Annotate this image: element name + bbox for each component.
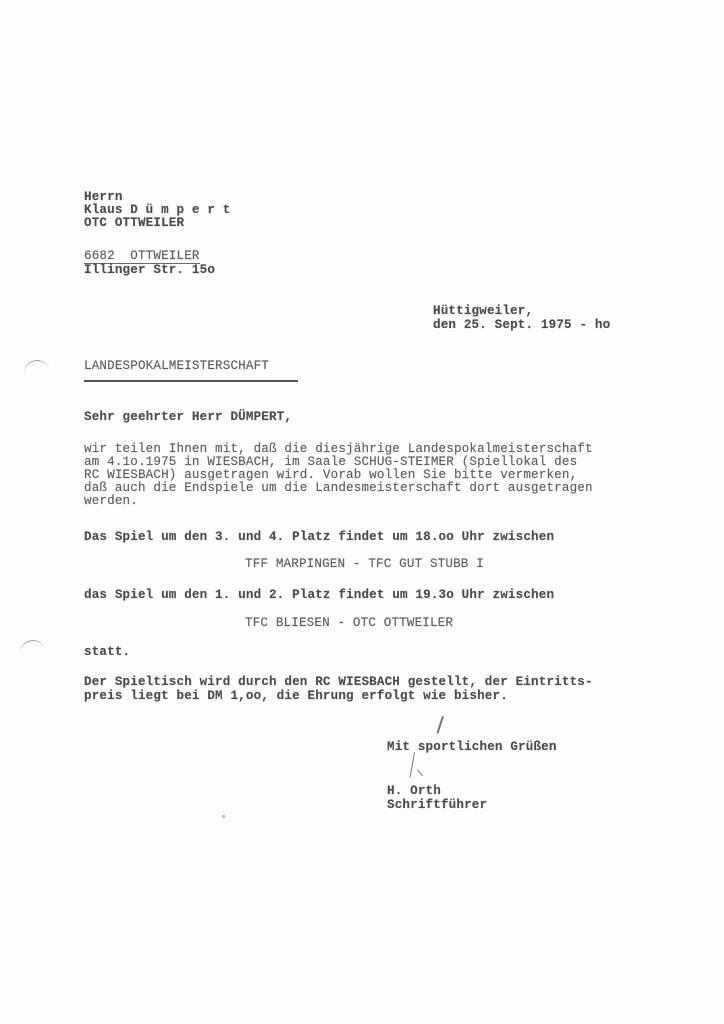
paper-speck xyxy=(222,815,225,818)
recipient-street: Illinger Str. 15o xyxy=(84,264,215,277)
greeting: Sehr geehrter Herr DÜMPERT, xyxy=(84,411,292,424)
signer-title: Schriftführer xyxy=(387,799,487,812)
signature-stroke-1 xyxy=(436,716,443,734)
recipient-name: Klaus D ü m p e r t xyxy=(84,204,230,217)
body-paragraph-2-line-1: Der Spieltisch wird durch den RC WIESBAC… xyxy=(84,676,593,689)
subject-underline xyxy=(84,380,298,382)
statt-line: statt. xyxy=(84,646,130,659)
recipient-salutation: Herrn xyxy=(84,191,123,204)
recipient-postal-line: 6682 OTTWEILER xyxy=(84,250,200,264)
recipient-organization: OTC OTTWEILER xyxy=(84,217,184,230)
body-paragraph-1-line-4: daß auch die Endspiele um die Landesmeis… xyxy=(84,482,593,495)
body-paragraph-1-line-1: wir teilen Ihnen mit, daß die diesjährig… xyxy=(84,443,593,456)
body-paragraph-2-line-2: preis liegt bei DM 1,oo, die Ehrung erfo… xyxy=(84,690,508,703)
closing-phrase: Mit sportlichen Grüßen xyxy=(387,741,557,754)
signer-name: H. Orth xyxy=(387,785,441,798)
letter-page: Herrn Klaus D ü m p e r t OTC OTTWEILER … xyxy=(0,0,724,1024)
signature-stroke-2 xyxy=(409,752,415,778)
dateline-date: den 25. Sept. 1975 - ho xyxy=(433,319,610,332)
match-1-teams: TFF MARPINGEN - TFC GUT STUBB I xyxy=(245,558,484,571)
match-2-intro: das Spiel um den 1. und 2. Platz findet … xyxy=(84,589,554,602)
match-1-intro: Das Spiel um den 3. und 4. Platz findet … xyxy=(84,531,554,544)
body-paragraph-1-line-3: RC WIESBACH) ausgetragen wird. Vorab wol… xyxy=(84,469,577,482)
dateline-place: Hüttigweiler, xyxy=(433,305,533,318)
match-2-teams: TFC BLIESEN - OTC OTTWEILER xyxy=(245,617,453,630)
body-paragraph-1-line-5: werden. xyxy=(84,495,138,508)
body-paragraph-1-line-2: am 4.1o.1975 in WIESBACH, im Saale SCHUG… xyxy=(84,456,577,469)
punch-hole-mark-top xyxy=(22,358,52,389)
subject-heading: LANDESPOKALMEISTERSCHAFT xyxy=(84,360,269,373)
signature-stroke-3 xyxy=(417,769,423,776)
punch-hole-mark-bottom xyxy=(18,638,48,669)
